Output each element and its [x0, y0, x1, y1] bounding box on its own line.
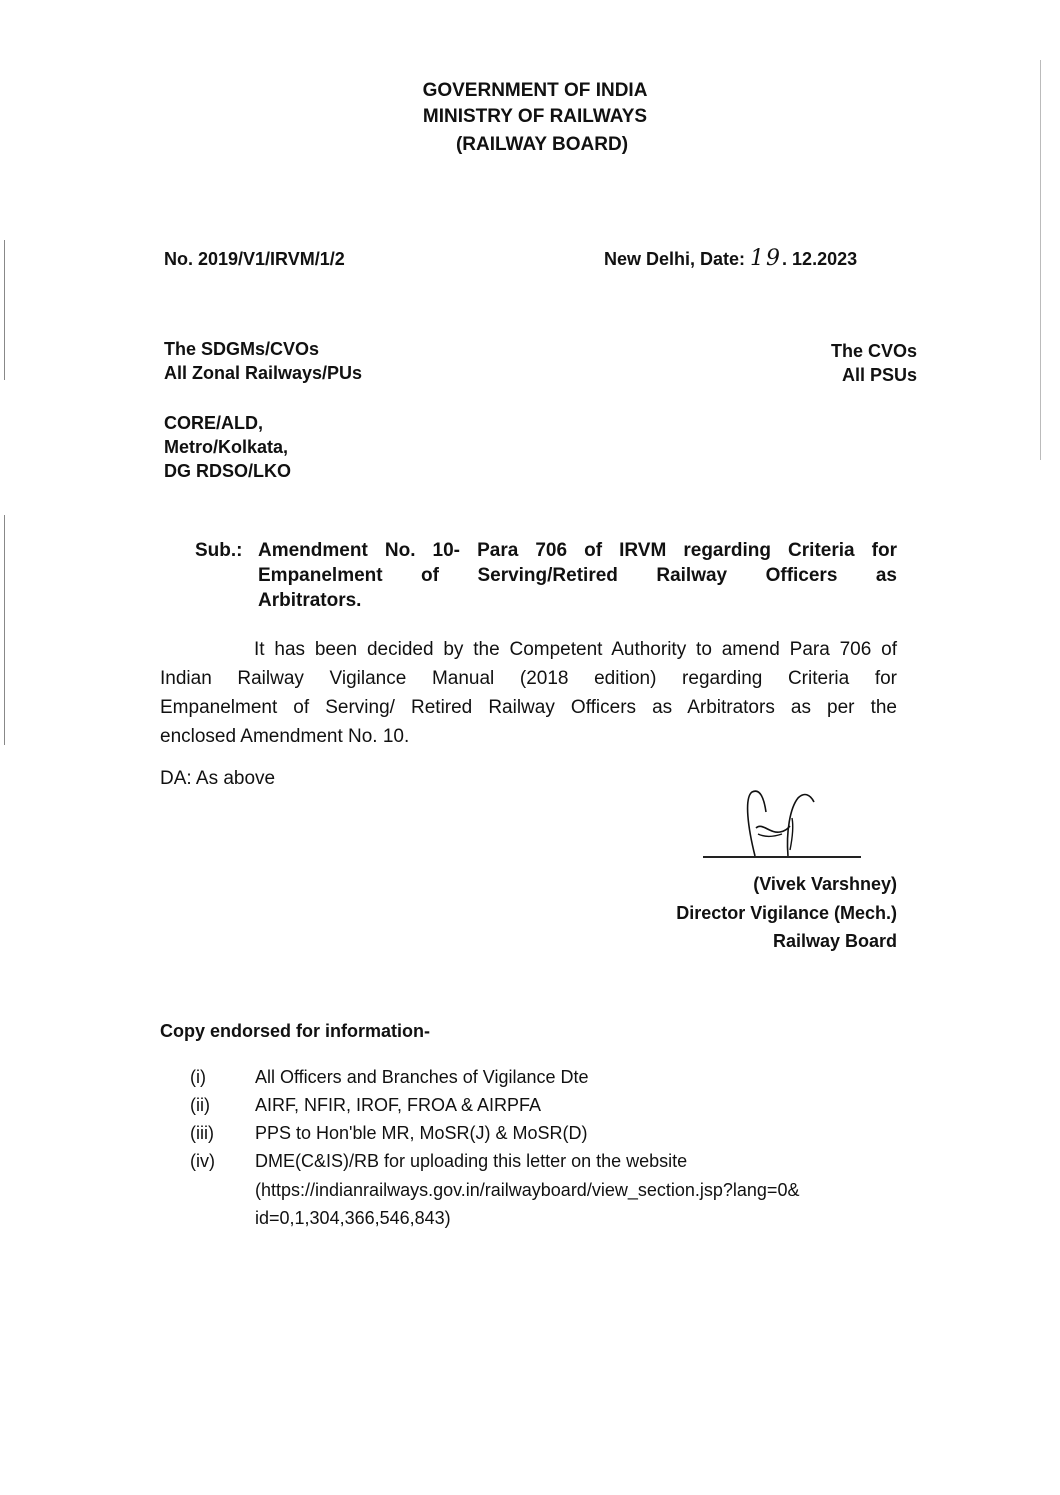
list-item-text: PPS to Hon'ble MR, MoSR(J) & MoSR(D) [255, 1123, 588, 1144]
body-line-1: It has been decided by the Competent Aut… [254, 639, 897, 661]
signature-icon [730, 788, 840, 860]
addressee-left-1: The SDGMs/CVOs [164, 337, 319, 361]
list-item-text: All Officers and Branches of Vigilance D… [255, 1067, 589, 1088]
letter-page: GOVERNMENT OF INDIA MINISTRY OF RAILWAYS… [0, 0, 1060, 1495]
enclosure-note: DA: As above [160, 768, 275, 790]
scan-edge-mark [4, 240, 5, 380]
list-item-number: (iii) [190, 1123, 214, 1144]
addressee-other-3: DG RDSO/LKO [164, 459, 291, 483]
website-url: (https://indianrailways.gov.in/railwaybo… [255, 1180, 799, 1201]
header-ministry: MINISTRY OF RAILWAYS [385, 104, 685, 130]
handwritten-day: 19 [750, 246, 782, 271]
signature-line [703, 856, 861, 858]
list-item-text: AIRF, NFIR, IROF, FROA & AIRPFA [255, 1095, 541, 1116]
header-government: GOVERNMENT OF INDIA [385, 78, 685, 104]
signatory-name: (Vivek Varshney) [597, 872, 897, 896]
subject-line-3: Arbitrators. [258, 590, 361, 612]
list-item-number: (i) [190, 1067, 206, 1088]
body-line-4: enclosed Amendment No. 10. [160, 726, 409, 748]
subject-line-1: Amendment No. 10- Para 706 of IRVM regar… [258, 540, 897, 562]
reference-number: No. 2019/V1/IRVM/1/2 [164, 247, 345, 271]
list-item-number: (iv) [190, 1151, 215, 1172]
date-line: New Delhi, Date: 19. 12.2023 [604, 247, 857, 271]
addressee-left-2: All Zonal Railways/PUs [164, 361, 362, 385]
place-date-label: New Delhi, Date: [604, 249, 745, 269]
date-rest: . 12.2023 [782, 249, 857, 269]
subject-line-2: Empanelment of Serving/Retired Railway O… [258, 565, 897, 587]
scan-edge-mark [4, 515, 5, 745]
subject-label: Sub.: [195, 540, 243, 562]
addressee-right-2: All PSUs [717, 363, 917, 387]
header-board: (RAILWAY BOARD) [392, 132, 692, 158]
list-item-text: DME(C&IS)/RB for uploading this letter o… [255, 1151, 687, 1172]
addressee-other-2: Metro/Kolkata, [164, 435, 288, 459]
body-line-3: Empanelment of Serving/ Retired Railway … [160, 697, 897, 719]
signatory-office: Railway Board [597, 929, 897, 953]
addressee-other-1: CORE/ALD, [164, 411, 263, 435]
addressee-right-1: The CVOs [717, 339, 917, 363]
body-line-2: Indian Railway Vigilance Manual (2018 ed… [160, 668, 897, 690]
copy-endorsed-heading: Copy endorsed for information- [160, 1019, 430, 1043]
signatory-designation: Director Vigilance (Mech.) [597, 901, 897, 925]
website-url-ids: id=0,1,304,366,546,843) [255, 1208, 451, 1229]
list-item-number: (ii) [190, 1095, 210, 1116]
scan-edge-mark [1040, 60, 1041, 460]
